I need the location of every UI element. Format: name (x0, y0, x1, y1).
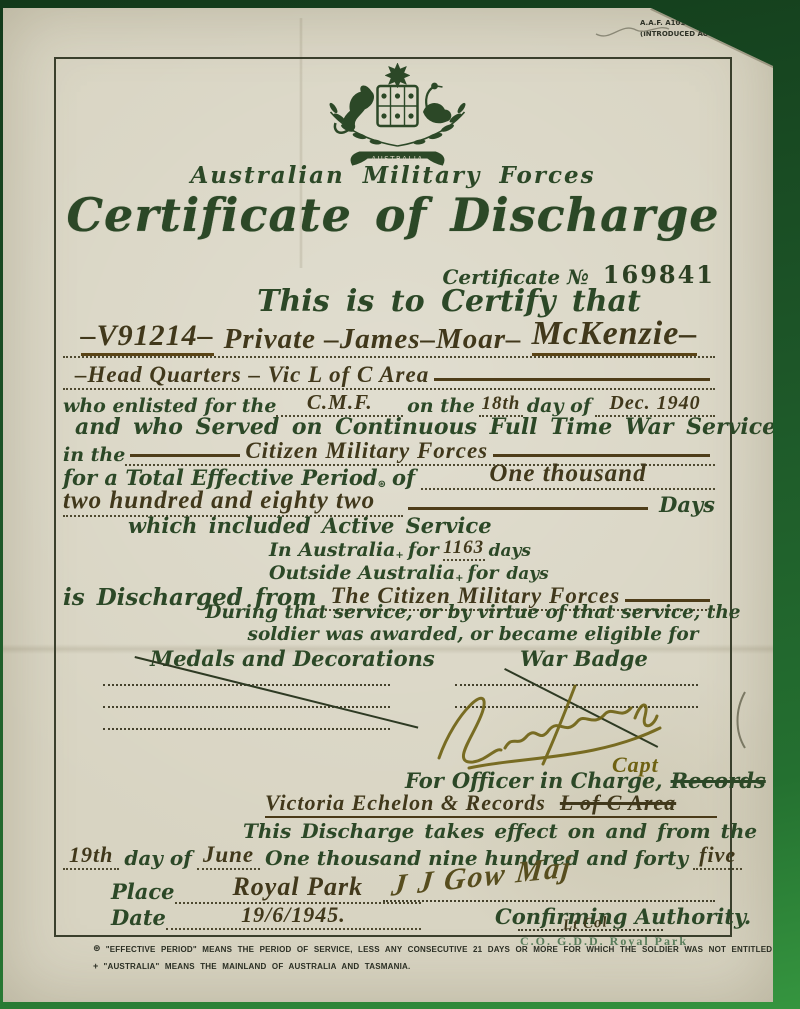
rule-fill (408, 507, 648, 510)
commonwealth-star (385, 63, 410, 88)
footnote-1-text: "EFFECTIVE PERIOD" MEANS THE PERIOD OF S… (106, 945, 800, 954)
kangaroo (343, 86, 374, 131)
served-line: and who Served on Continuous Full Time W… (75, 414, 776, 440)
period-words-1: One thousand (489, 460, 646, 487)
australian-coat-of-arms-icon: AUSTRALIA (315, 60, 480, 172)
in-australia-label: In Australia (269, 539, 395, 561)
confirming-rank-line (518, 929, 663, 931)
enlisted-force-field: C.M.F. (276, 390, 403, 417)
days-small-label: days (489, 541, 531, 561)
footnote-2-marker: + (93, 961, 98, 971)
enlisted-force: C.M.F. (307, 390, 373, 414)
effect-day-of-label: day of (124, 846, 191, 870)
date-value: 19/6/1945. (241, 902, 346, 927)
footnote-2-text: "AUSTRALIA" MEANS THE MAINLAND OF AUSTRA… (103, 962, 410, 971)
rank-and-given-names: Private –James–Moar– (224, 323, 522, 356)
surname: McKenzie– (532, 315, 698, 356)
echelon-unit-struck: L of C Area (560, 790, 676, 816)
in-australia-days-field: 1163 (443, 537, 485, 561)
enlisted-day: 18th (481, 393, 520, 414)
date-field: 19/6/1945. (166, 902, 421, 930)
place-value: Royal Park (232, 872, 363, 901)
place-label: Place (111, 879, 175, 904)
medals-line-3 (103, 728, 390, 730)
footnote-1-marker: ⊛ (93, 944, 101, 954)
for-label: for (408, 539, 439, 561)
awards-intro-line1: During that service, or by virtue of tha… (205, 602, 740, 623)
confirming-rank: Lt Col (562, 914, 608, 934)
effect-month: June (197, 842, 260, 870)
period-words-1-field: One thousand (421, 460, 715, 490)
effect-year-hand: five (693, 842, 742, 870)
page-title: Certificate of Discharge (66, 188, 719, 242)
awards-intro-line2: soldier was awarded, or became eligible … (248, 624, 699, 645)
certify-heading: This is to Certify that (257, 284, 641, 319)
pencil-scribble (591, 16, 675, 42)
margin-pencil-mark (733, 690, 747, 752)
regimental-number: –V91214– (81, 319, 214, 356)
rule-segment (130, 454, 240, 457)
date-label: Date (111, 905, 166, 930)
active-service-line: which included Active Service (128, 513, 492, 538)
service-name: Australian Military Forces (190, 162, 595, 189)
enlisted-month-year: Dec. 1940 (609, 392, 700, 414)
in-australia-days: 1163 (443, 537, 484, 558)
rule-segment (493, 454, 710, 457)
confirming-authority-label: Confirming Authority. (495, 904, 751, 929)
war-badge-header: War Badge (520, 646, 648, 671)
medals-header: Medals and Decorations (150, 646, 435, 671)
unit-line: –Head Quarters – Vic L of C Area (75, 362, 429, 388)
medals-line-2 (103, 706, 390, 708)
confirming-signature-line (383, 900, 715, 902)
effect-day: 19th (63, 842, 119, 870)
rule-fill (434, 378, 710, 381)
echelon-unit-handwritten: Victoria Echelon & Records (265, 790, 546, 816)
certificate-paper: A.A.F. A101 (INTRODUCED AUG. 1943) (3, 8, 773, 1002)
effect-line1: This Discharge takes effect on and from … (243, 819, 757, 843)
